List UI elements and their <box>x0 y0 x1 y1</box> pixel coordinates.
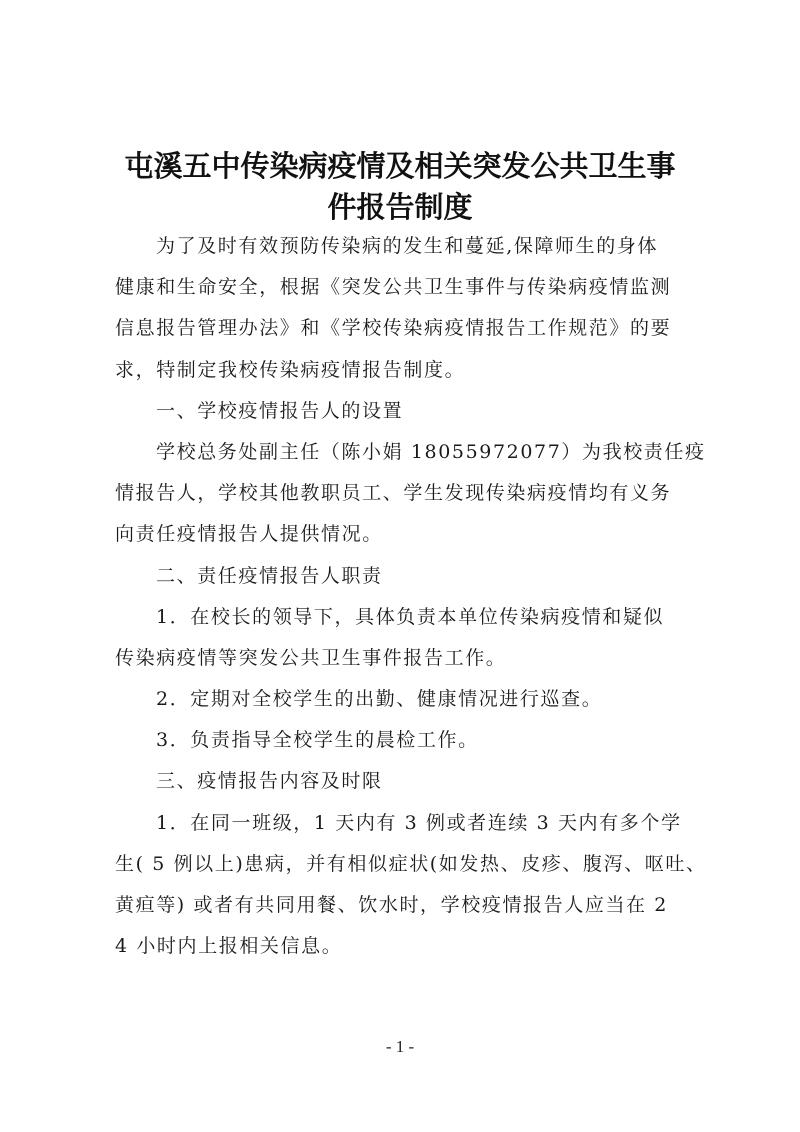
body-line: 健康和生命安全，根据《突发公共卫生事件与传染病疫情监测 <box>115 267 687 308</box>
document-title-line-2: 件报告制度 <box>100 187 700 227</box>
body-line: 为了及时有效预防传染病的发生和蔓延,保障师生的身体 <box>115 226 687 267</box>
body-line: 求，特制定我校传染病疫情报告制度。 <box>115 350 687 391</box>
body-line: 传染病疫情等突发公共卫生事件报告工作。 <box>115 638 687 679</box>
body-line: 4 小时内上报相关信息。 <box>115 926 687 967</box>
document-body: 为了及时有效预防传染病的发生和蔓延,保障师生的身体 健康和生命安全，根据《突发公… <box>115 226 687 967</box>
list-item: 1．在校长的领导下，具体负责本单位传染病疫情和疑似 <box>115 597 687 638</box>
document-page: 屯溪五中传染病疫情及相关突发公共卫生事 件报告制度 为了及时有效预防传染病的发生… <box>0 0 800 1132</box>
list-item: 1．在同一班级，1 天内有 3 例或者连续 3 天内有多个学 <box>115 803 687 844</box>
body-line: 黄疸等) 或者有共同用餐、饮水时，学校疫情报告人应当在 2 <box>115 885 687 926</box>
list-item: 2．定期对全校学生的出勤、健康情况进行巡查。 <box>115 679 687 720</box>
body-line: 生( 5 例以上)患病，并有相似症状(如发热、皮疹、腹泻、呕吐、 <box>115 844 687 885</box>
section-heading-1: 一、学校疫情报告人的设置 <box>115 391 687 432</box>
body-line: 学校总务处副主任（陈小娟 18055972077）为我校责任疫 <box>115 432 687 473</box>
body-line: 信息报告管理办法》和《学校传染病疫情报告工作规范》的要 <box>115 308 687 349</box>
page-number: - 1 - <box>0 1037 800 1057</box>
body-line: 向责任疫情报告人提供情况。 <box>115 514 687 555</box>
list-item: 3．负责指导全校学生的晨检工作。 <box>115 720 687 761</box>
document-title-line-1: 屯溪五中传染病疫情及相关突发公共卫生事 <box>100 146 700 186</box>
section-heading-3: 三、疫情报告内容及时限 <box>115 761 687 802</box>
body-line: 情报告人，学校其他教职员工、学生发现传染病疫情均有义务 <box>115 473 687 514</box>
section-heading-2: 二、责任疫情报告人职责 <box>115 556 687 597</box>
